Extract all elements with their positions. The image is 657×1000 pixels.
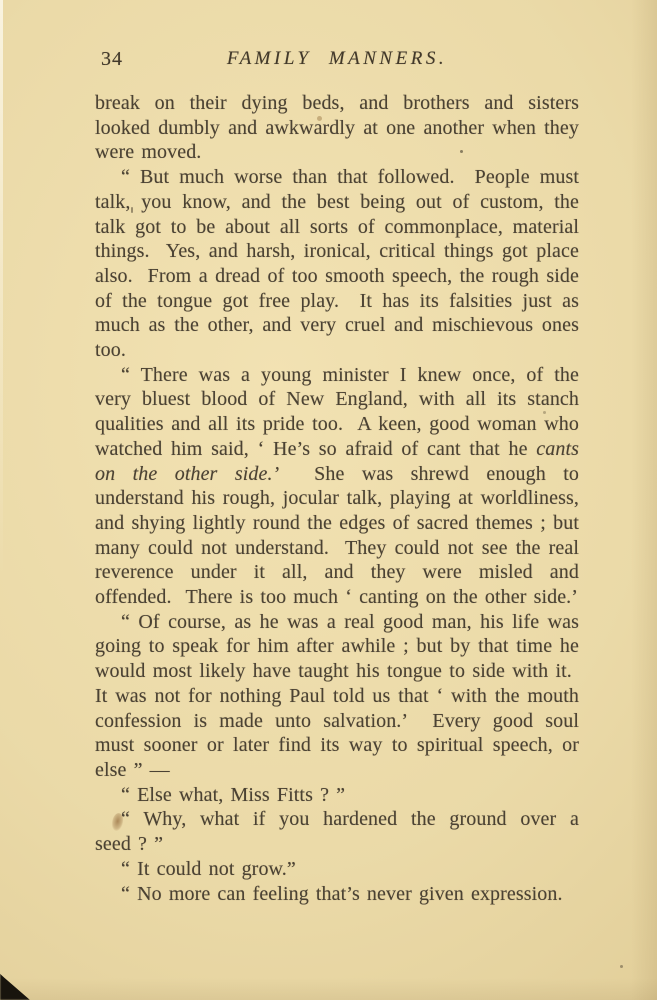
paper-speck [317,116,322,121]
paragraph: “ There was a young minister I knew once… [95,363,579,610]
page-edge-shadow-right [631,0,657,1000]
running-header: 34 FAMILY MANNERS. [95,48,579,74]
paragraph: “ It could not grow.” [95,857,579,882]
paragraph: “ Of course, as he was a real good man, … [95,610,579,783]
page-number: 34 [101,48,123,71]
text-segment: “ There was a young minister I knew once… [95,364,579,460]
page-edge-highlight [0,0,3,580]
paragraph: “ Else what, Miss Fitts ? ” [95,783,579,808]
paper-speck [131,207,133,213]
paragraph: “ But much worse than that followed. Peo… [95,165,579,363]
paragraph: “ No more can feeling that’s never given… [95,882,579,907]
paper-speck [543,411,546,414]
page-body: break on their dying beds, and brothers … [95,91,579,906]
paper-speck [620,965,623,968]
page-edge-shadow-bottom [0,978,657,1000]
book-page-scan: 34 FAMILY MANNERS. break on their dying … [0,0,657,1000]
paragraph: break on their dying beds, and brothers … [95,91,579,165]
running-title: FAMILY MANNERS. [95,48,579,70]
paper-speck [460,150,463,153]
paragraph: “ Why, what if you hardened the ground o… [95,807,579,856]
